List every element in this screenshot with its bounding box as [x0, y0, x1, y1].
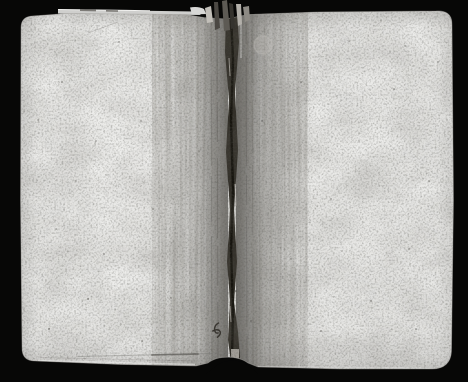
open-book — [18, 8, 458, 374]
paper-grain-texture — [18, 8, 458, 374]
photo-stage — [0, 0, 468, 382]
stain-ring — [254, 36, 272, 54]
open-book-photograph — [0, 0, 468, 382]
